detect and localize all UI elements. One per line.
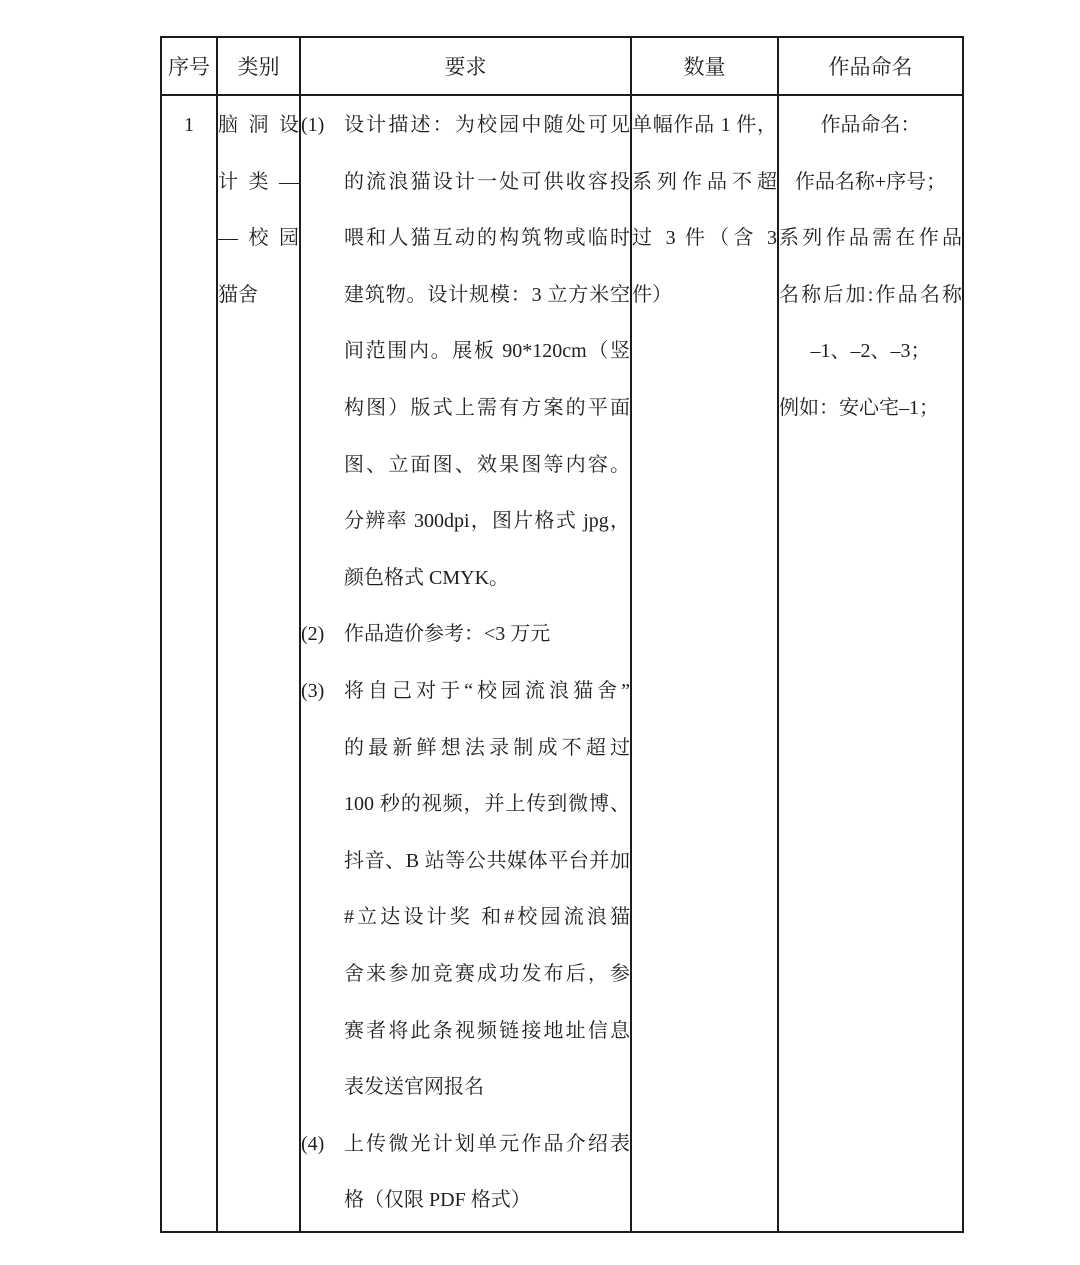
requirement-lines: 上传微光计划单元作品介绍表格（仅限 PDF 格式）	[344, 1116, 630, 1229]
text-line: #立达设计奖 和#校园流浪猫	[344, 889, 630, 946]
requirement-item: (3)将自己对于“校园流浪猫舍”的最新鲜想法录制成不超过100 秒的视频，并上传…	[301, 663, 630, 1116]
requirement-item: (4)上传微光计划单元作品介绍表格（仅限 PDF 格式）	[301, 1116, 630, 1229]
text-line: 构图）版式上需有方案的平面	[344, 380, 630, 437]
document-page: 序号 类别 要求 数量 作品命名 1 脑洞设计类——校园猫舍 (1)设计描述：为…	[0, 0, 1080, 1265]
requirement-lines: 设计描述：为校园中随处可见的流浪猫设计一处可供收容投喂和人猫互动的构筑物或临时建…	[344, 97, 630, 606]
cell-category: 脑洞设计类——校园猫舍	[217, 95, 300, 1232]
text-line: 过 3 件（含 3	[632, 210, 777, 267]
cell-serial: 1	[161, 95, 217, 1232]
text-line: 图、立面图、效果图等内容。	[344, 437, 630, 494]
text-line: 抖音、B 站等公共媒体平台并加	[344, 833, 630, 890]
text-line: 件）	[632, 267, 777, 324]
cell-requirements: (1)设计描述：为校园中随处可见的流浪猫设计一处可供收容投喂和人猫互动的构筑物或…	[300, 95, 631, 1232]
text-line: 将自己对于“校园流浪猫舍”	[344, 663, 630, 720]
quantity-lines: 单幅作品 1 件，系列作品不超过 3 件（含 3件）	[632, 97, 777, 323]
cell-quantity: 单幅作品 1 件，系列作品不超过 3 件（含 3件）	[631, 95, 778, 1232]
text-line: 脑洞设	[218, 97, 299, 154]
text-line: 赛者将此条视频链接地址信息	[344, 1003, 630, 1060]
cell-naming: 作品命名：作品名称+序号；系列作品需在作品名称后加:作品名称–1、–2、–3；例…	[778, 95, 963, 1232]
header-naming: 作品命名	[778, 37, 963, 95]
requirement-number: (2)	[301, 606, 344, 663]
text-line: 系列作品不超	[632, 154, 777, 211]
table-row: 1 脑洞设计类——校园猫舍 (1)设计描述：为校园中随处可见的流浪猫设计一处可供…	[161, 95, 963, 1232]
text-line: 颜色格式 CMYK。	[344, 550, 630, 607]
header-quantity: 数量	[631, 37, 778, 95]
text-line: 建筑物。设计规模：3 立方米空	[344, 267, 630, 324]
requirement-number: (1)	[301, 97, 344, 606]
text-line: 设计描述：为校园中随处可见	[344, 97, 630, 154]
requirement-items: (1)设计描述：为校园中随处可见的流浪猫设计一处可供收容投喂和人猫互动的构筑物或…	[301, 97, 630, 1229]
text-line: 表发送官网报名	[344, 1059, 630, 1116]
text-line: 格（仅限 PDF 格式）	[344, 1172, 630, 1229]
text-line: 喂和人猫互动的构筑物或临时	[344, 210, 630, 267]
spec-table: 序号 类别 要求 数量 作品命名 1 脑洞设计类——校园猫舍 (1)设计描述：为…	[160, 36, 964, 1233]
text-line: 例如：安心宅–1；	[779, 380, 962, 437]
requirement-number: (4)	[301, 1116, 344, 1229]
requirement-lines: 作品造价参考：<3 万元	[344, 606, 630, 663]
text-line: 名称后加:作品名称	[779, 267, 962, 324]
text-line: 系列作品需在作品	[779, 210, 962, 267]
header-requirements: 要求	[300, 37, 631, 95]
text-line: 的流浪猫设计一处可供收容投	[344, 154, 630, 211]
header-serial: 序号	[161, 37, 217, 95]
text-line: —校园	[218, 210, 299, 267]
text-line: 的最新鲜想法录制成不超过	[344, 720, 630, 777]
text-line: 计类—	[218, 154, 299, 211]
category-lines: 脑洞设计类——校园猫舍	[218, 97, 299, 323]
text-line: 猫舍	[218, 267, 299, 324]
requirement-number: (3)	[301, 663, 344, 1116]
text-line: 作品命名：	[779, 97, 962, 154]
text-line: 单幅作品 1 件，	[632, 97, 777, 154]
text-line: 舍来参加竞赛成功发布后，参	[344, 946, 630, 1003]
text-line: 分辨率 300dpi，图片格式 jpg，	[344, 493, 630, 550]
text-line: 100 秒的视频，并上传到微博、	[344, 776, 630, 833]
text-line: –1、–2、–3；	[779, 323, 962, 380]
naming-lines: 作品命名：作品名称+序号；系列作品需在作品名称后加:作品名称–1、–2、–3；例…	[779, 97, 962, 437]
text-line: 作品名称+序号；	[779, 154, 962, 211]
requirement-lines: 将自己对于“校园流浪猫舍”的最新鲜想法录制成不超过100 秒的视频，并上传到微博…	[344, 663, 630, 1116]
text-line: 作品造价参考：<3 万元	[344, 606, 630, 663]
header-category: 类别	[217, 37, 300, 95]
text-line: 上传微光计划单元作品介绍表	[344, 1116, 630, 1173]
requirement-item: (2)作品造价参考：<3 万元	[301, 606, 630, 663]
requirement-item: (1)设计描述：为校园中随处可见的流浪猫设计一处可供收容投喂和人猫互动的构筑物或…	[301, 97, 630, 606]
header-row: 序号 类别 要求 数量 作品命名	[161, 37, 963, 95]
serial-number: 1	[162, 97, 216, 154]
text-line: 间范围内。展板 90*120cm（竖	[344, 323, 630, 380]
